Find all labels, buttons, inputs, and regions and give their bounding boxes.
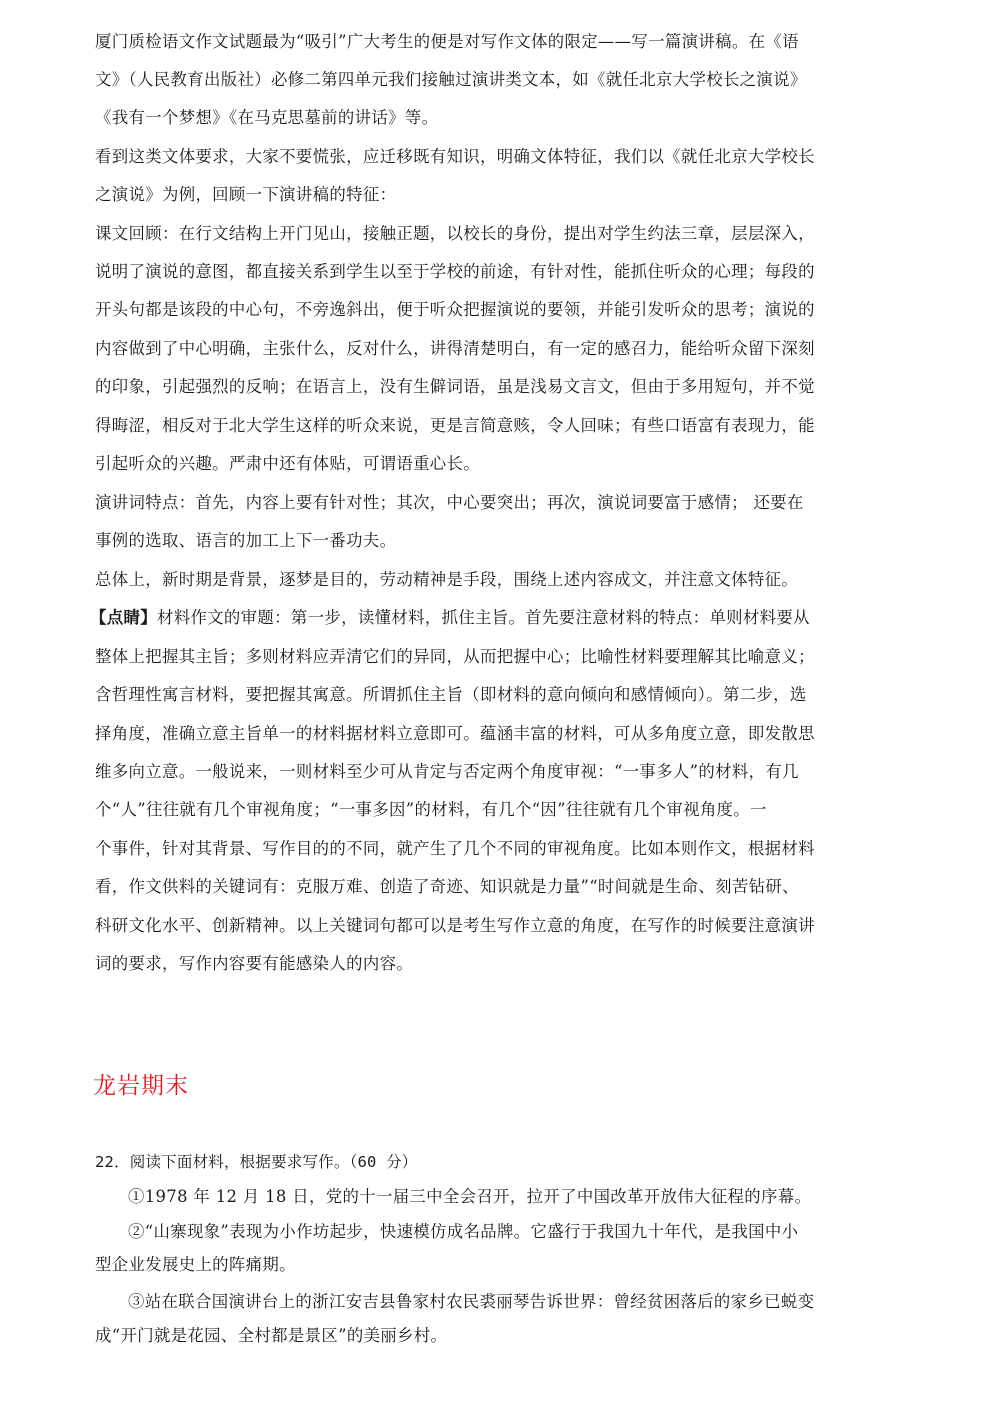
dianjing-line-8: 看，作文供料的关键词有：克服万难、创造了奇迹、知识就是力量”“时间就是生命、刻苦…: [95, 877, 855, 897]
paragraph-review-line-5: 的印象，引起强烈的反响；在语言上，没有生僻词语，虽是浅易文言文，但由于多用短句，…: [95, 377, 855, 397]
material-2-line-1: ②“山寨现象”表现为小作坊起步，快速模仿成名品牌。它盛行于我国九十年代，是我国中…: [128, 1222, 888, 1242]
dianjing-line-7: 个事件，针对其背景、写作目的的不同，就产生了几个不同的审视角度。比如本则作文，根…: [95, 839, 855, 859]
material-3-line-1: ③站在联合国演讲台上的浙江安吉县鲁家村农民裘丽琴告诉世界：曾经贫困落后的家乡已蜕…: [128, 1292, 888, 1312]
material-3-line-2: 成“开门就是花园、全村都是景区”的美丽乡村。: [95, 1326, 855, 1346]
material-1-line-1: ①1978 年 12 月 18 日，党的十一届三中全会召开，拉开了中国改革开放伟…: [128, 1187, 888, 1207]
paragraph-review-line-7: 引起听众的兴趣。严肃中还有体贴，可谓语重心长。: [95, 454, 855, 474]
paragraph-genre-line-2: 之演说》为例，回顾一下演讲稿的特征：: [95, 185, 855, 205]
dianjing-line-2: 整体上把握其主旨；多则材料应弄清它们的异同，从而把握中心；比喻性材料要理解其比喻…: [95, 647, 855, 667]
dianjing-line-6: 个“人”往往就有几个审视角度；“一事多因”的材料，有几个“因”往往就有几个审视角…: [95, 800, 855, 820]
dianjing-line-3: 含哲理性寓言材料，要把握其寓意。所谓抓住主旨（即材料的意向倾向和感情倾向）。第二…: [95, 685, 855, 705]
paragraph-intro-line-1: 厦门质检语文作文试题最为“吸引”广大考生的便是对写作文体的限定——写一篇演讲稿。…: [95, 32, 855, 52]
document-page: 厦门质检语文作文试题最为“吸引”广大考生的便是对写作文体的限定——写一篇演讲稿。…: [0, 0, 992, 1403]
material-2-line-2: 型企业发展史上的阵痛期。: [95, 1255, 855, 1275]
paragraph-features-line-1: 演讲词特点：首先，内容上要有针对性；其次，中心要突出；再次，演说词要富于感情； …: [95, 493, 855, 513]
paragraph-review-line-4: 内容做到了中心明确，主张什么，反对什么，讲得清楚明白，有一定的感召力，能给听众留…: [95, 339, 855, 359]
paragraph-review-line-6: 得晦涩，相反对于北大学生这样的听众来说，更是言简意赅，令人回味；有些口语富有表现…: [95, 416, 855, 436]
paragraph-review-line-1: 课文回顾：在行文结构上开门见山，接触正题，以校长的身份，提出对学生约法三章，层层…: [95, 224, 855, 244]
dianjing-line-5: 维多向立意。一般说来，一则材料至少可从肯定与否定两个角度审视：“一事多人”的材料…: [95, 762, 855, 782]
section-heading-longyan: 龙岩期末: [93, 1072, 189, 1100]
paragraph-features-line-2: 事例的选取、语言的加工上下一番功夫。: [95, 531, 855, 551]
dianjing-line-9: 科研文化水平、创新精神。以上关键词句都可以是考生写作立意的角度，在写作的时候要注…: [95, 916, 855, 936]
dianjing-line-4: 择角度，准确立意主旨单一的材料据材料立意即可。蕴涵丰富的材料，可从多角度立意，即…: [95, 724, 855, 744]
dianjing-label: 【点睛】: [90, 608, 157, 627]
paragraph-intro-line-2: 文》（人民教育出版社）必修二第四单元我们接触过演讲类文本，如《就任北京大学校长之…: [95, 70, 855, 90]
dianjing-line-10: 词的要求，写作内容要有能感染人的内容。: [95, 954, 855, 974]
paragraph-genre-line-1: 看到这类文体要求，大家不要慌张，应迁移既有知识，明确文体特征，我们以《就任北京大…: [95, 147, 855, 167]
paragraph-summary-line-1: 总体上，新时期是背景，逐梦是目的，劳动精神是手段，围绕上述内容成文，并注意文体特…: [95, 570, 855, 590]
dianjing-line-1: 【点睛】材料作文的审题：第一步，读懂材料，抓住主旨。首先要注意材料的特点：单则材…: [90, 608, 850, 628]
paragraph-review-line-2: 说明了演说的意图，都直接关系到学生以至于学校的前途，有针对性，能抓住听众的心理；…: [95, 262, 855, 282]
question-prompt: 22．阅读下面材料，根据要求写作。（60 分）: [95, 1152, 418, 1172]
paragraph-intro-line-3: 《我有一个梦想》《在马克思墓前的讲话》等。: [95, 108, 855, 128]
paragraph-review-line-3: 开头句都是该段的中心句，不旁逸斜出，便于听众把握演说的要领，并能引发听众的思考；…: [95, 300, 855, 320]
dianjing-line-1-text: 材料作文的审题：第一步，读懂材料，抓住主旨。首先要注意材料的特点：单则材料要从: [157, 608, 810, 627]
